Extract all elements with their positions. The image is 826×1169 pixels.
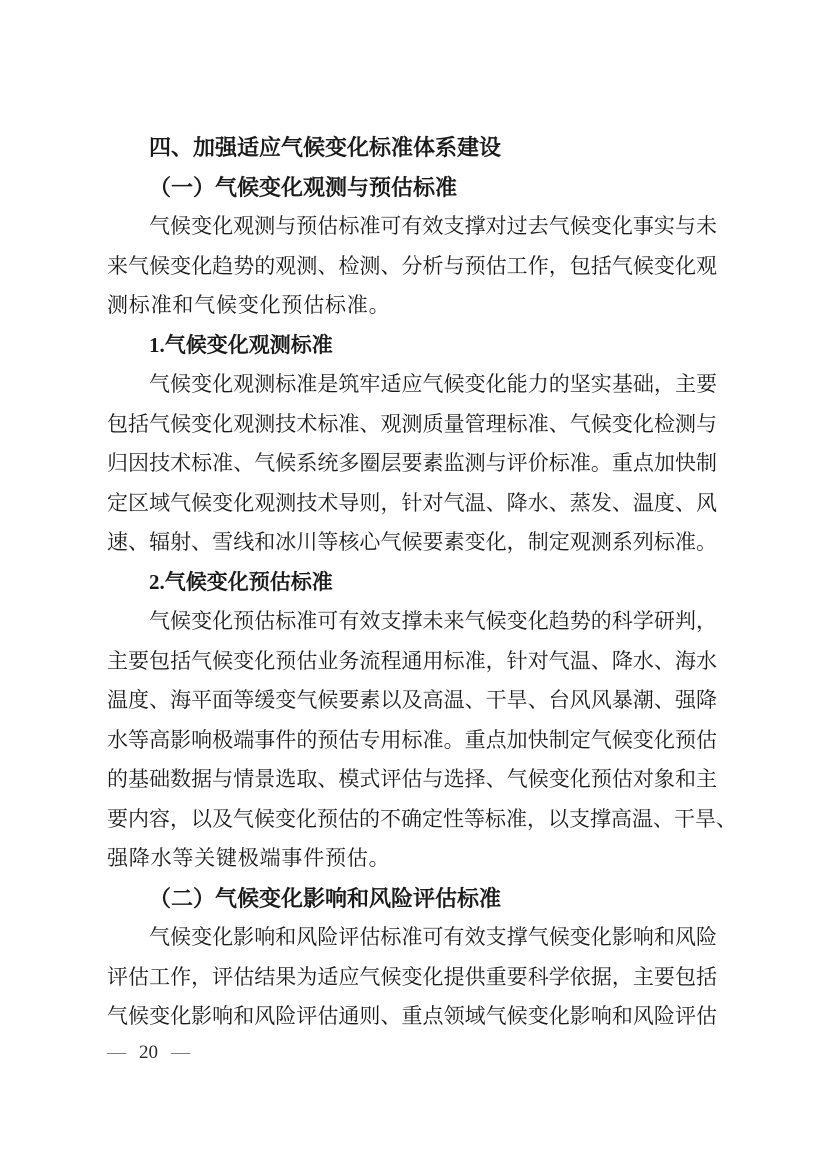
paragraph-line: 温度、海平面等缓变气候要素以及高温、干旱、台风风暴潮、强降: [107, 681, 717, 721]
page-number: — 20 —: [107, 1042, 190, 1064]
paragraph-line: 来气候变化趋势的观测、检测、分析与预估工作，包括气候变化观: [107, 247, 717, 287]
section-heading: （二）气候变化影响和风险评估标准: [107, 879, 717, 919]
chapter-heading: 四、加强适应气候变化标准体系建设: [107, 128, 717, 168]
document-page: 四、加强适应气候变化标准体系建设（一）气候变化观测与预估标准气候变化观测与预估标…: [0, 0, 826, 1169]
paragraph-line: 水等高影响极端事件的预估专用标准。重点加快制定气候变化预估: [107, 721, 717, 761]
page-number-dash-left: —: [107, 1042, 126, 1064]
paragraph-line: 测标准和气候变化预估标准。: [107, 286, 717, 326]
paragraph-line: 强降水等关键极端事件预估。: [107, 839, 717, 879]
paragraph-line: 气候变化影响和风险评估通则、重点领域气候变化影响和风险评估: [107, 997, 717, 1037]
paragraph-line: 评估工作，评估结果为适应气候变化提供重要科学依据，主要包括: [107, 958, 717, 998]
paragraph-line: 气候变化观测与预估标准可有效支撑对过去气候变化事实与未: [107, 207, 717, 247]
page-number-value: 20: [139, 1042, 158, 1064]
paragraph-line: 主要包括气候变化预估业务流程通用标准，针对气温、降水、海水: [107, 642, 717, 682]
paragraph-line: 速、辐射、雪线和冰川等核心气候要素变化，制定观测系列标准。: [107, 523, 717, 563]
paragraph-line: 定区域气候变化观测技术导则，针对气温、降水、蒸发、温度、风: [107, 484, 717, 524]
paragraph-line: 的基础数据与情景选取、模式评估与选择、气候变化预估对象和主: [107, 760, 717, 800]
paragraph-line: 要内容，以及气候变化预估的不确定性等标准，以支撑高温、干旱、: [107, 800, 717, 840]
paragraph-line: 气候变化影响和风险评估标准可有效支撑气候变化影响和风险: [107, 918, 717, 958]
subsection-heading: 2.气候变化预估标准: [107, 563, 717, 603]
page-number-dash-right: —: [171, 1042, 190, 1064]
paragraph-line: 包括气候变化观测技术标准、观测质量管理标准、气候变化检测与: [107, 405, 717, 445]
section-heading: （一）气候变化观测与预估标准: [107, 168, 717, 208]
subsection-heading: 1.气候变化观测标准: [107, 326, 717, 366]
paragraph-line: 气候变化观测标准是筑牢适应气候变化能力的坚实基础，主要: [107, 365, 717, 405]
paragraph-line: 归因技术标准、气候系统多圈层要素监测与评价标准。重点加快制: [107, 444, 717, 484]
paragraph-line: 气候变化预估标准可有效支撑未来气候变化趋势的科学研判，: [107, 602, 717, 642]
document-body: 四、加强适应气候变化标准体系建设（一）气候变化观测与预估标准气候变化观测与预估标…: [107, 128, 717, 1037]
